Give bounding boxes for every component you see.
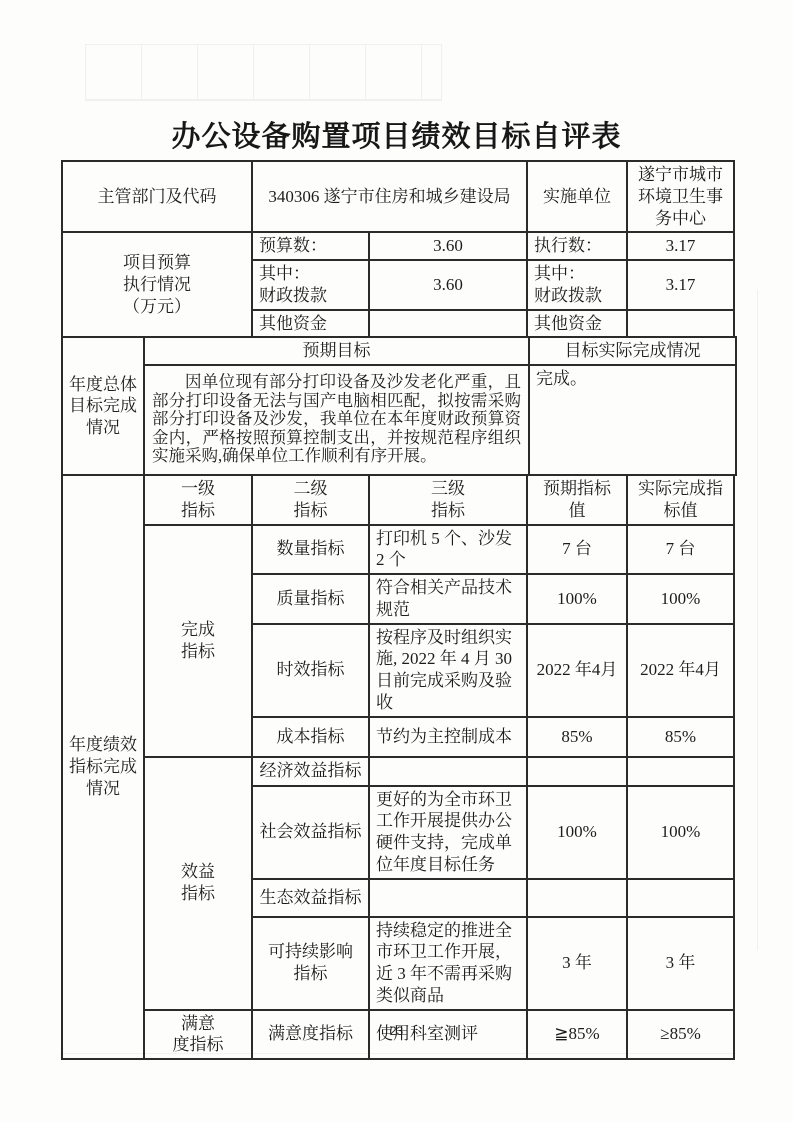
actual-value-cell: 7 台 — [627, 525, 734, 575]
indicators-table: 年度绩效 指标完成 情况 一级 指标 二级 指标 三级 指标 预期指标 值 实际… — [61, 474, 735, 1060]
level2-cell: 生态效益指标 — [252, 879, 369, 917]
actual-value-cell — [627, 879, 734, 917]
actual-goal-text-cell: 完成。 — [529, 365, 736, 475]
expected-value-cell: 3 年 — [527, 917, 627, 1010]
annual-goal-table: 年度总体 目标完成 情况 预期目标 目标实际完成情况 因单位现有部分打印设备及沙… — [61, 336, 737, 476]
scan-bleedthrough-line — [757, 290, 758, 950]
expected-value-cell: 100% — [527, 574, 627, 624]
level3-cell: 节约为主控制成本 — [369, 717, 527, 757]
fiscal-grant-label-cell: 其中： 财政拨款 — [252, 260, 369, 310]
level3-header-cell: 三级 指标 — [369, 475, 527, 525]
expected-value-cell: 7 台 — [527, 525, 627, 575]
other-funds-label-cell: 其他资金 — [252, 310, 369, 338]
level2-cell: 社会效益指标 — [252, 786, 369, 879]
budget-section-label-cell: 项目预算 执行情况 （万元） — [62, 232, 252, 337]
page-title: 办公设备购置项目绩效目标自评表 — [0, 114, 793, 155]
expected-goal-header-cell: 预期目标 — [144, 337, 529, 365]
level2-cell: 经济效益指标 — [252, 757, 369, 786]
budget-number-value-cell: 3.60 — [369, 232, 527, 260]
level2-cell: 数量指标 — [252, 525, 369, 575]
scan-bleedthrough-grid — [85, 44, 442, 101]
fiscal-grant-value-cell: 3.60 — [369, 260, 527, 310]
other-funds-value-cell — [369, 310, 527, 338]
dept-label-cell: 主管部门及代码 — [62, 161, 252, 232]
impl-unit-value-cell: 遂宁市城市环境卫生事务中心 — [627, 161, 734, 232]
level3-cell: 打印机 5 个、沙发 2 个 — [369, 525, 527, 575]
header-budget-table: 主管部门及代码 340306 遂宁市住房和城乡建设局 实施单位 遂宁市城市环境卫… — [61, 160, 735, 338]
impl-unit-label-cell: 实施单位 — [527, 161, 627, 232]
actual-value-cell: 100% — [627, 574, 734, 624]
expected-value-cell: 100% — [527, 786, 627, 879]
expected-value-cell — [527, 757, 627, 786]
level2-cell: 质量指标 — [252, 574, 369, 624]
fiscal-grant-value-cell: 3.17 — [627, 260, 734, 310]
actual-goal-header-cell: 目标实际完成情况 — [529, 337, 736, 365]
exec-number-label-cell: 执行数： — [527, 232, 627, 260]
actual-value-cell: 2022 年4月 — [627, 624, 734, 717]
level3-cell — [369, 757, 527, 786]
level1-header-cell: 一级 指标 — [144, 475, 252, 525]
dept-value-cell: 340306 遂宁市住房和城乡建设局 — [252, 161, 527, 232]
level2-header-cell: 二级 指标 — [252, 475, 369, 525]
level3-cell — [369, 879, 527, 917]
actual-value-cell: 3 年 — [627, 917, 734, 1010]
expected-goal-text-cell: 因单位现有部分打印设备及沙发老化严重，且部分打印设备无法与国产电脑相匹配，拟按需… — [144, 365, 529, 475]
budget-number-label-cell: 预算数： — [252, 232, 369, 260]
level3-cell: 按程序及时组织实施, 2022 年 4 月 30 日前完成采购及验收 — [369, 624, 527, 717]
level3-cell: 更好的为全市环卫工作开展提供办公硬件支持，完成单位年度目标任务 — [369, 786, 527, 879]
page-number: 23 — [0, 1024, 793, 1038]
expected-value-cell: 2022 年4月 — [527, 624, 627, 717]
benefit-group-label-cell: 效益 指标 — [144, 757, 252, 1010]
expected-header-cell: 预期指标 值 — [527, 475, 627, 525]
actual-value-cell: 100% — [627, 786, 734, 879]
evaluation-table: 主管部门及代码 340306 遂宁市住房和城乡建设局 实施单位 遂宁市城市环境卫… — [61, 160, 737, 1060]
fiscal-grant-label-cell: 其中： 财政拨款 — [527, 260, 627, 310]
actual-value-cell — [627, 757, 734, 786]
other-funds-label-cell: 其他资金 — [527, 310, 627, 338]
expected-value-cell — [527, 879, 627, 917]
exec-number-value-cell: 3.17 — [627, 232, 734, 260]
actual-header-cell: 实际完成指 标值 — [627, 475, 734, 525]
expected-value-cell: 85% — [527, 717, 627, 757]
level3-cell: 持续稳定的推进全市环卫工作开展，近 3 年不需再采购类似商品 — [369, 917, 527, 1010]
indicator-row: 效益 指标 经济效益指标 — [62, 757, 734, 786]
level2-cell: 时效指标 — [252, 624, 369, 717]
scanned-document-page: 办公设备购置项目绩效目标自评表 主管部门及代码 340306 遂宁市住房和城乡建… — [0, 0, 793, 1122]
other-funds-value-cell — [627, 310, 734, 338]
level3-cell: 符合相关产品技术规范 — [369, 574, 527, 624]
indicators-section-label-cell: 年度绩效 指标完成 情况 — [62, 475, 144, 1059]
level2-cell: 可持续影响 指标 — [252, 917, 369, 1010]
level2-cell: 成本指标 — [252, 717, 369, 757]
actual-value-cell: 85% — [627, 717, 734, 757]
indicator-row: 完成 指标 数量指标 打印机 5 个、沙发 2 个 7 台 7 台 — [62, 525, 734, 575]
annual-goal-section-label-cell: 年度总体 目标完成 情况 — [62, 337, 144, 475]
completion-group-label-cell: 完成 指标 — [144, 525, 252, 757]
